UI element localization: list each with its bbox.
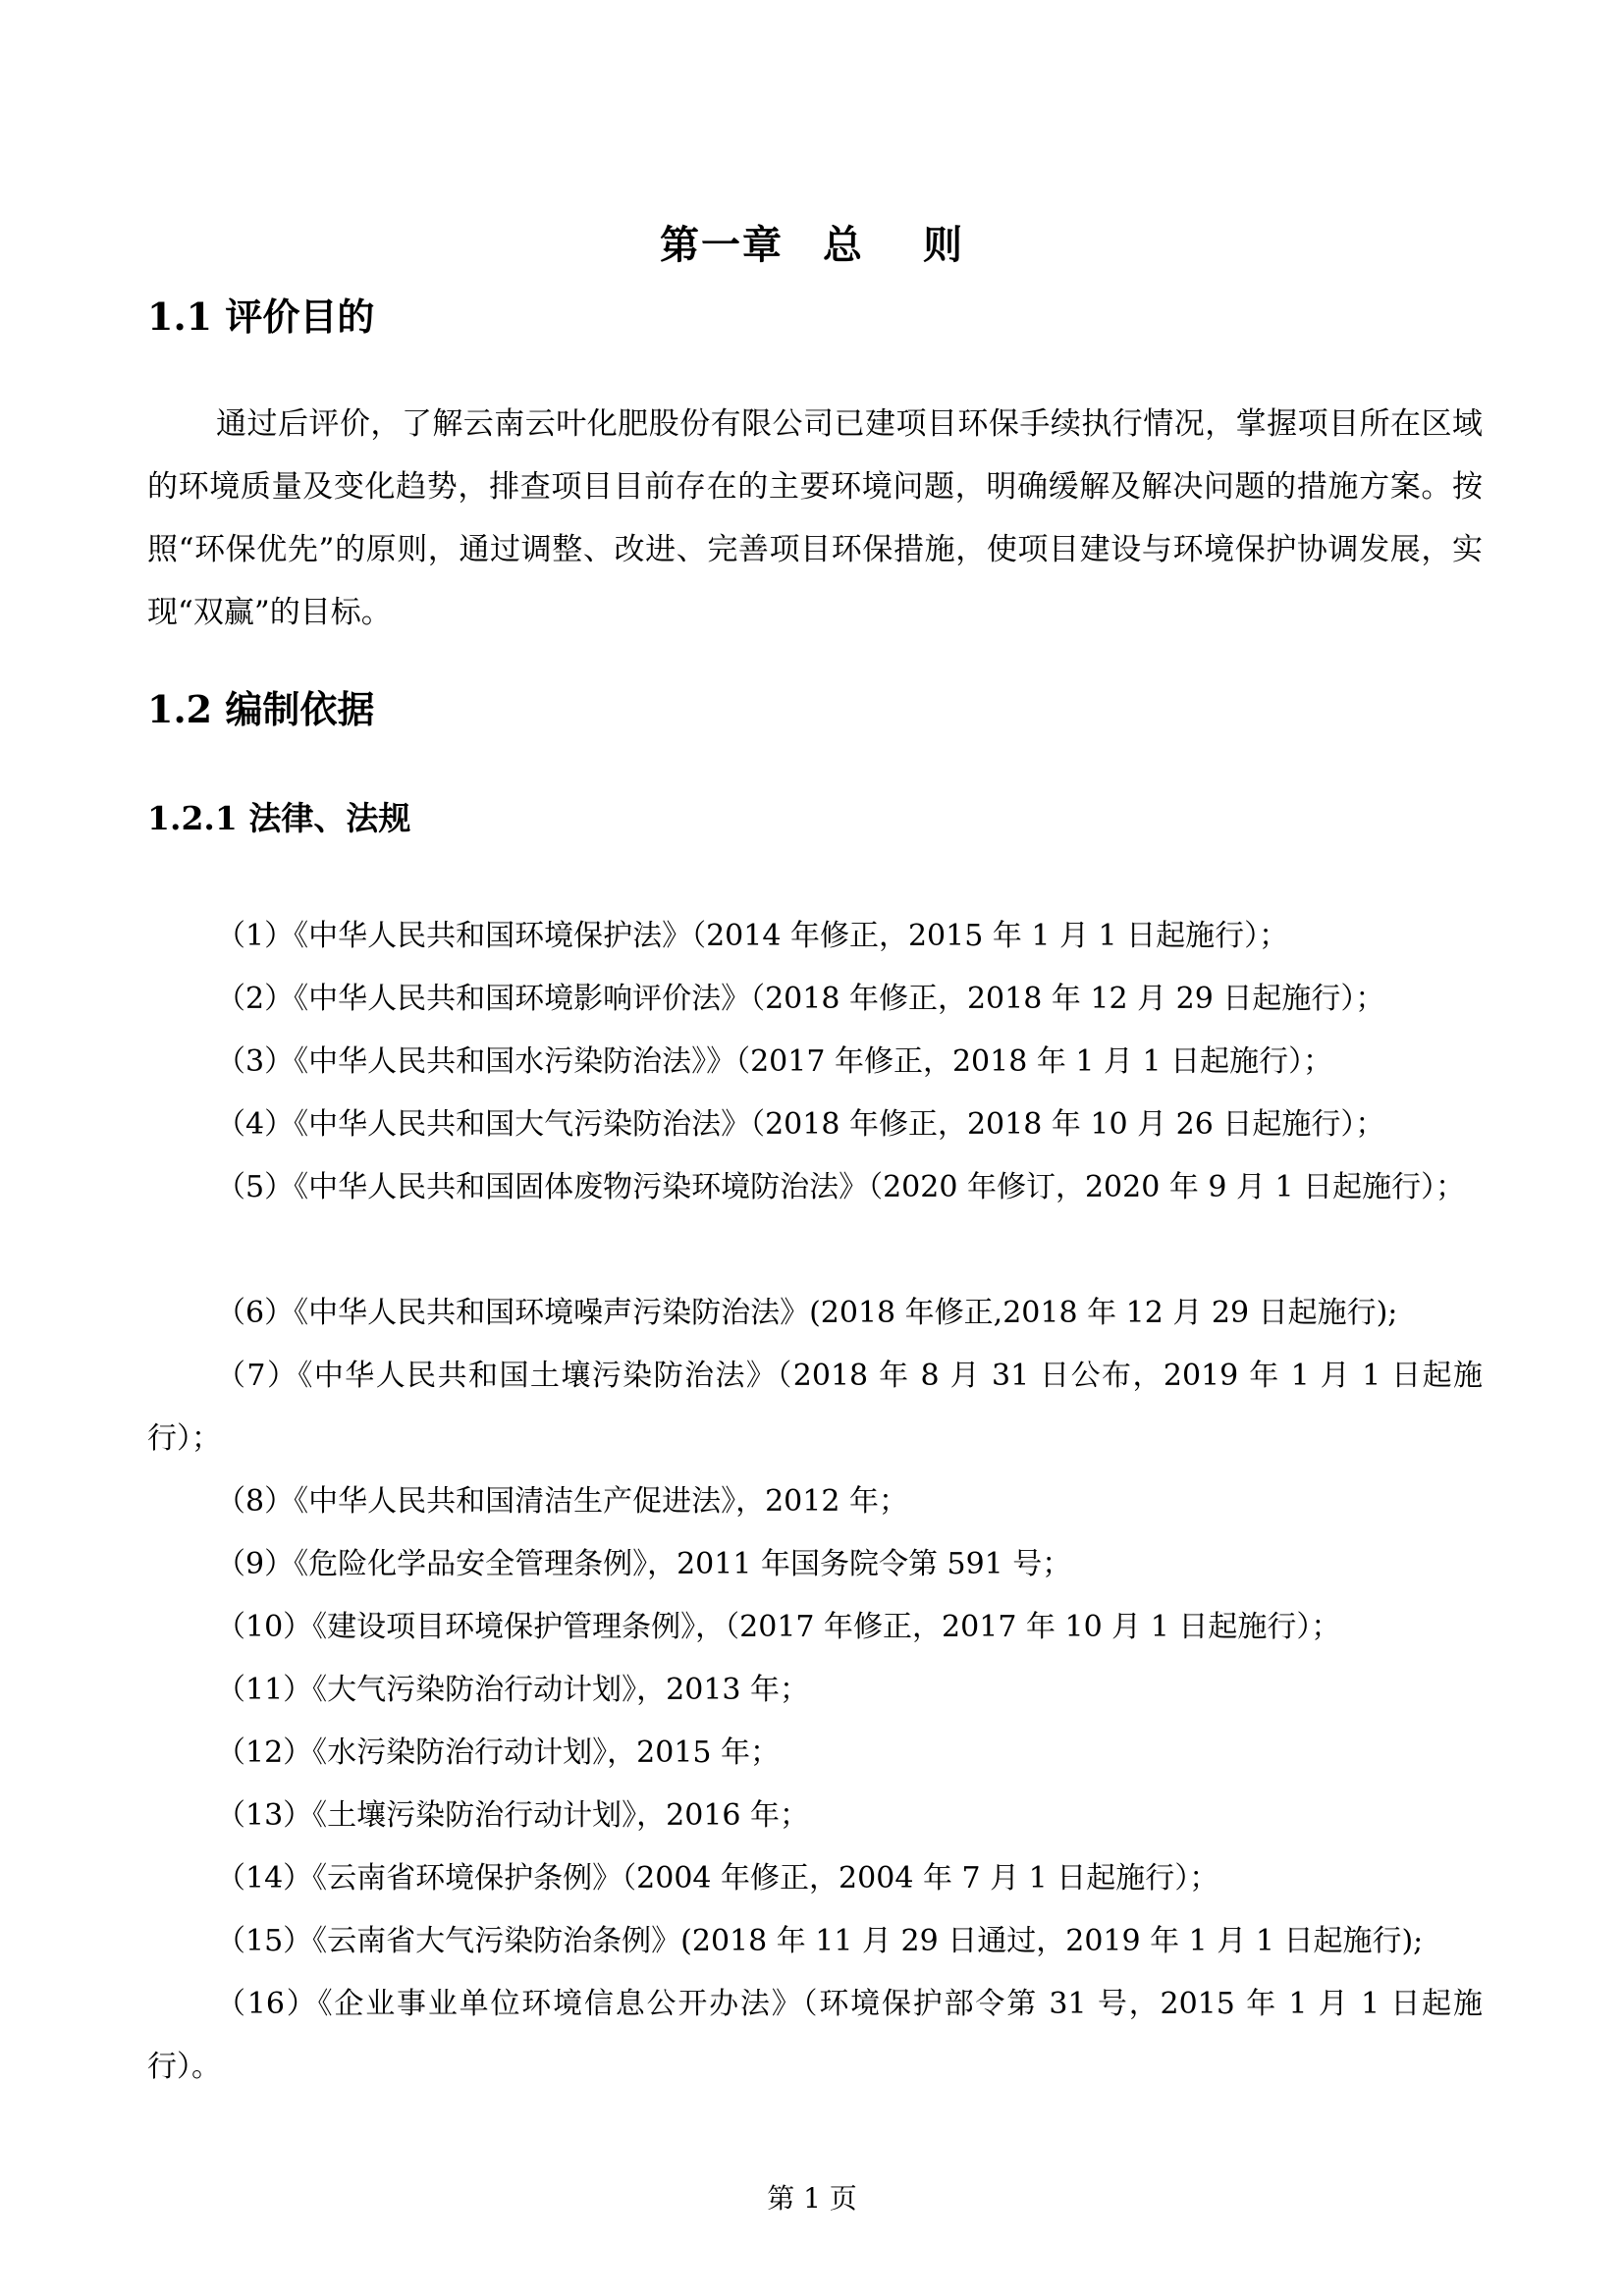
section-heading-1-1: 1.1 评价目的 bbox=[147, 287, 374, 341]
section-heading-1-2-1: 1.2.1 法律、法规 bbox=[147, 793, 410, 839]
law-item-9: （9）《危险化学品安全管理条例》，2011 年国务院令第 591 号； bbox=[147, 1533, 1483, 1596]
chapter-number: 第一章 bbox=[660, 222, 784, 268]
law-item-8: （8）《中华人民共和国清洁生产促进法》，2012 年； bbox=[147, 1470, 1483, 1533]
law-item-6: （6）《中华人民共和国环境噪声污染防治法》(2018 年修正,2018 年 12… bbox=[147, 1282, 1483, 1345]
law-item-2: （2）《中华人民共和国环境影响评价法》（2018 年修正，2018 年 12 月… bbox=[147, 968, 1483, 1031]
law-item-1: （1）《中华人民共和国环境保护法》（2014 年修正，2015 年 1 月 1 … bbox=[147, 905, 1483, 968]
chapter-name-char-2: 则 bbox=[923, 222, 964, 268]
law-item-13: （13）《土壤污染防治行动计划》，2016 年； bbox=[147, 1785, 1483, 1847]
section-heading-1-2: 1.2 编制依据 bbox=[147, 679, 374, 733]
chapter-title: 第一章总则 bbox=[0, 214, 1624, 270]
law-item-15: （15）《云南省大气污染防治条例》(2018 年 11 月 29 日通过，201… bbox=[147, 1910, 1483, 1973]
document-page: 第一章总则 1.1 评价目的 通过后评价，了解云南云叶化肥股份有限公司已建项目环… bbox=[0, 0, 1624, 2296]
chapter-name-char-1: 总 bbox=[823, 222, 864, 268]
law-item-4: （4）《中华人民共和国大气污染防治法》（2018 年修正，2018 年 10 月… bbox=[147, 1094, 1483, 1156]
page-number: 第 1 页 bbox=[0, 2177, 1624, 2216]
law-item-10: （10）《建设项目环境保护管理条例》，（2017 年修正，2017 年 10 月… bbox=[147, 1596, 1483, 1659]
law-item-16: （16）《企业事业单位环境信息公开办法》（环境保护部令第 31 号，2015 年… bbox=[147, 1973, 1483, 2099]
law-item-14: （14）《云南省环境保护条例》（2004 年修正，2004 年 7 月 1 日起… bbox=[147, 1847, 1483, 1910]
law-item-5: （5）《中华人民共和国固体废物污染环境防治法》（2020 年修订，2020 年 … bbox=[147, 1156, 1483, 1219]
law-item-7: （7）《中华人民共和国土壤污染防治法》（2018 年 8 月 31 日公布，20… bbox=[147, 1345, 1483, 1470]
section-1-1-paragraph: 通过后评价，了解云南云叶化肥股份有限公司已建项目环保手续执行情况，掌握项目所在区… bbox=[147, 393, 1483, 644]
law-item-11: （11）《大气污染防治行动计划》，2013 年； bbox=[147, 1659, 1483, 1722]
law-item-3: （3）《中华人民共和国水污染防治法》》（2017 年修正，2018 年 1 月 … bbox=[147, 1031, 1483, 1094]
law-item-12: （12）《水污染防治行动计划》，2015 年； bbox=[147, 1722, 1483, 1785]
